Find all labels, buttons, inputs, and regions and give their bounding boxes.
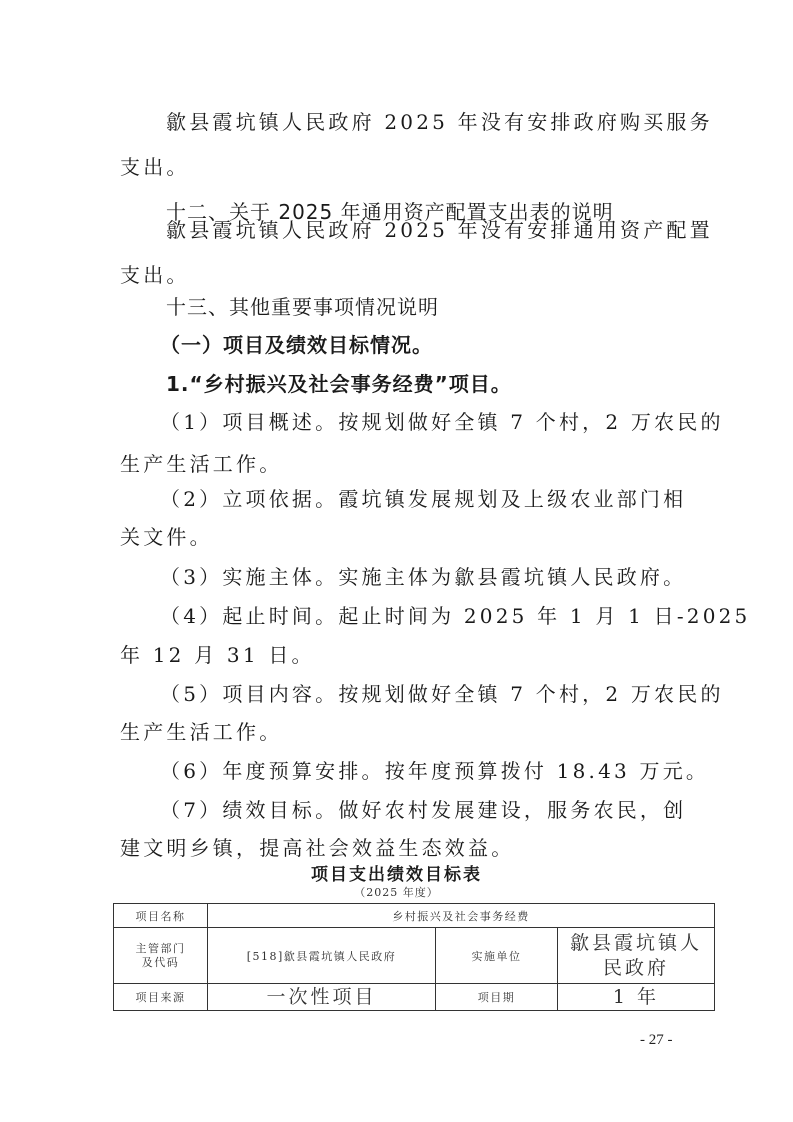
paragraph: 支出。 (120, 155, 190, 179)
performance-goal-table: 项目名称 乡村振兴及社会事务经费 主管部门及代码 [518]歙县霞坑镇人民政府 … (113, 903, 715, 1011)
paragraph: 歙县霞坑镇人民政府 2025 年没有安排通用资产配置 (166, 218, 713, 242)
table-title: 项目支出绩效目标表 (0, 860, 793, 885)
paragraph: 歙县霞坑镇人民政府 2025 年没有安排政府购买服务 (166, 110, 713, 134)
paragraph: （6）年度预算安排。按年度预算拨付 18.43 万元。 (160, 759, 709, 783)
row-value: 一次性项目 (208, 984, 436, 1011)
row-label: 项目来源 (114, 984, 208, 1011)
row-label: 项目期 (436, 984, 558, 1011)
paragraph: （4）起止时间。起止时间为 2025 年 1 月 1 日-2025 (160, 604, 750, 628)
project-heading: 1.“乡村振兴及社会事务经费”项目。 (166, 372, 512, 396)
table-row: 项目名称 乡村振兴及社会事务经费 (114, 904, 715, 928)
paragraph: 支出。 (120, 263, 190, 287)
row-value: 乡村振兴及社会事务经费 (208, 904, 715, 928)
row-value: 1 年 (558, 984, 715, 1011)
section-heading: 十三、其他重要事项情况说明 (166, 295, 439, 319)
paragraph: （3）实施主体。实施主体为歙县霞坑镇人民政府。 (160, 565, 686, 589)
paragraph: 生产生活工作。 (120, 720, 282, 744)
paragraph: （7）绩效目标。做好农村发展建设，服务农民，创 (160, 798, 686, 822)
paragraph: （2）立项依据。霞坑镇发展规划及上级农业部门相 (160, 487, 686, 511)
paragraph: 年 12 月 31 日。 (120, 643, 315, 667)
paragraph: 建文明乡镇，提高社会效益生态效益。 (120, 836, 514, 860)
paragraph: （5）项目内容。按规划做好全镇 7 个村，2 万农民的 (160, 682, 724, 706)
subsection-heading: （一）项目及绩效目标情况。 (160, 333, 433, 357)
paragraph: 关文件。 (120, 525, 213, 549)
row-value: [518]歙县霞坑镇人民政府 (208, 928, 436, 984)
paragraph: （1）项目概述。按规划做好全镇 7 个村，2 万农民的 (160, 410, 724, 434)
row-value: 歙县霞坑镇人民政府 (558, 928, 715, 984)
paragraph: 生产生活工作。 (120, 452, 282, 476)
page-number: - 27 - (640, 1032, 673, 1049)
row-label: 项目名称 (114, 904, 208, 928)
row-label: 实施单位 (436, 928, 558, 984)
table-row: 主管部门及代码 [518]歙县霞坑镇人民政府 实施单位 歙县霞坑镇人民政府 (114, 928, 715, 984)
table-subtitle: （2025 年度） (0, 884, 793, 900)
table-row: 项目来源 一次性项目 项目期 1 年 (114, 984, 715, 1011)
row-label: 主管部门及代码 (114, 928, 208, 984)
